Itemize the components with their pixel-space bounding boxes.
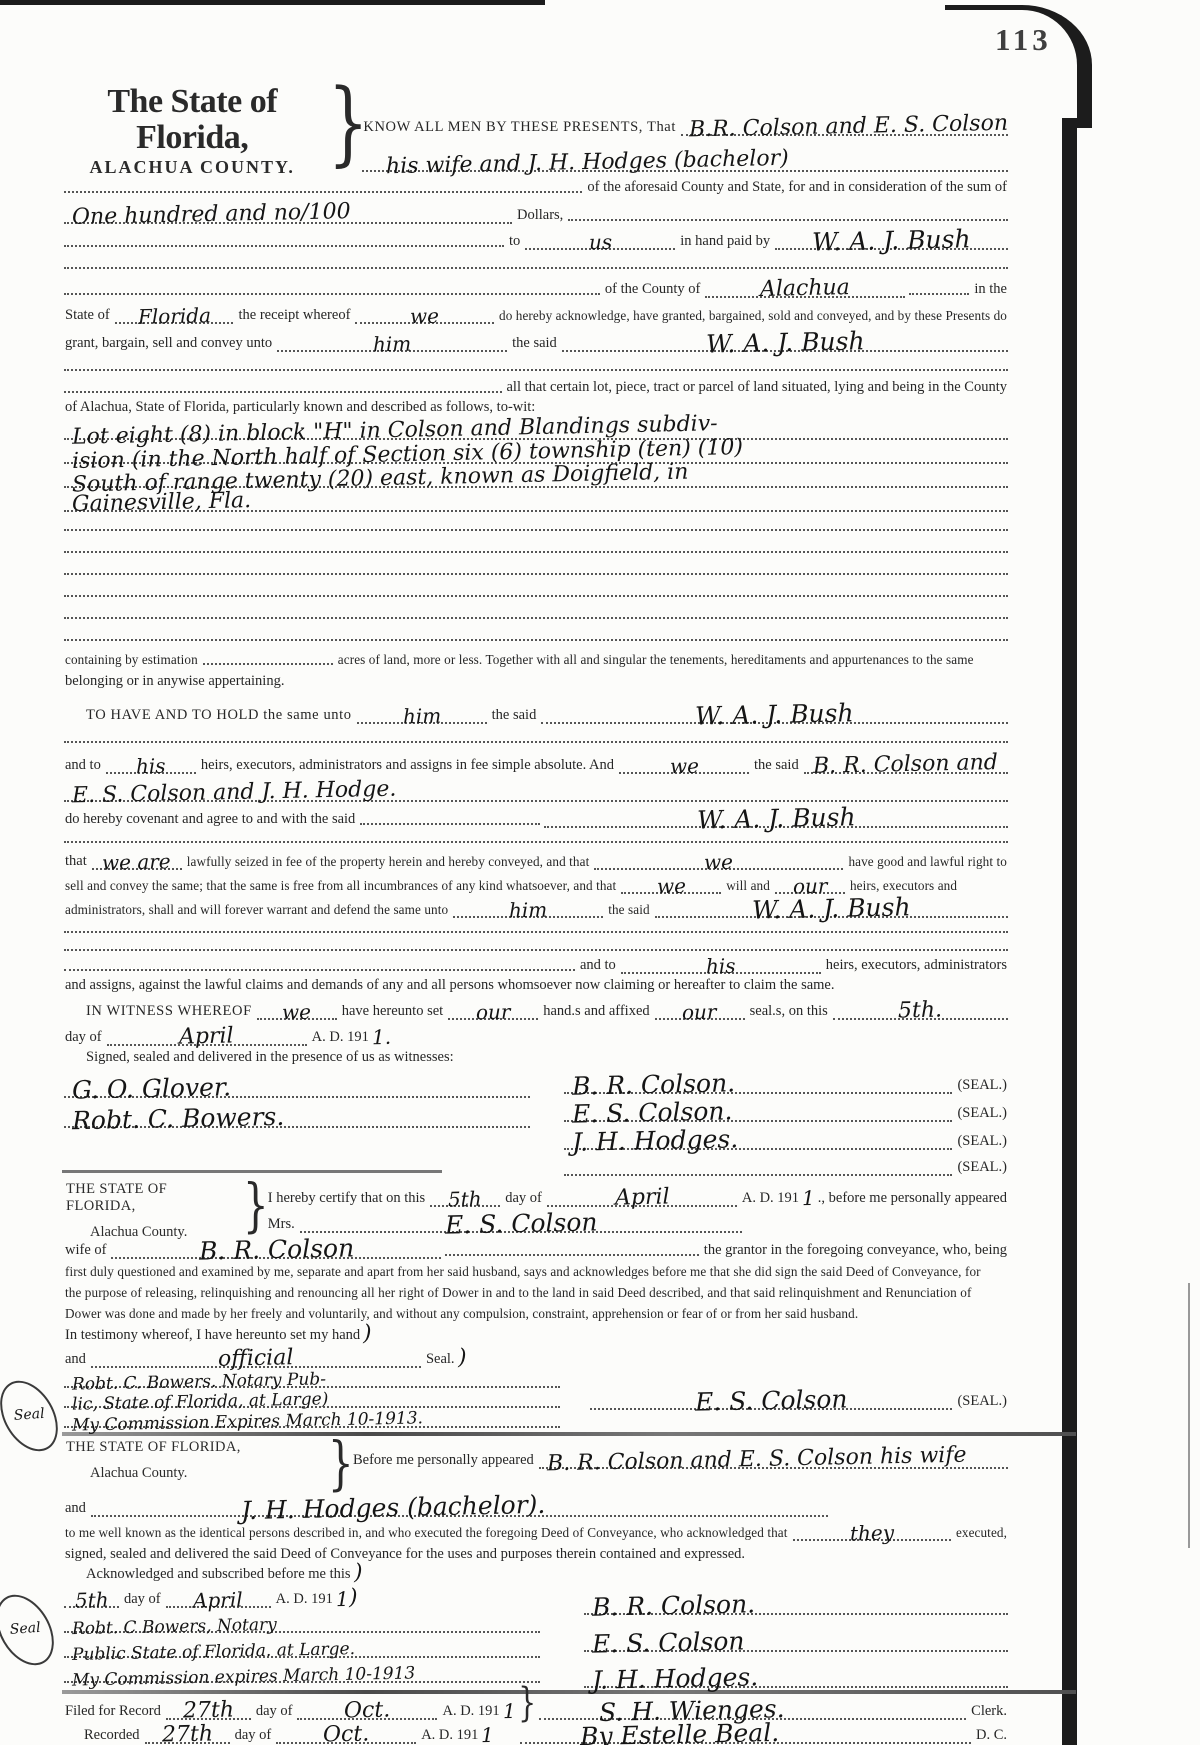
- signer-line-1: B. R. Colson.: [564, 1074, 952, 1094]
- habendum-grantee-blank: W. A. J. Bush: [541, 704, 1008, 724]
- that-label: that: [62, 854, 90, 870]
- ack1-and-label: and: [62, 1352, 89, 1368]
- receipt-handwriting: we: [410, 308, 439, 326]
- ack1-official-blank: official: [91, 1350, 421, 1368]
- signature-block: G. O. Glover. Robt. C. Bowers. B. R. Col…: [62, 1066, 1010, 1178]
- ack2-ad-label: A. D. 191: [273, 1592, 336, 1608]
- amount-blank: One hundred and no/100: [64, 206, 512, 224]
- signer-column: B. R. Colson. (SEAL.) E. S. Colson. (SEA…: [562, 1066, 1010, 1178]
- state-handwriting: Florida: [137, 307, 210, 326]
- signer-row: B. R. Colson. (SEAL.): [562, 1066, 1010, 1094]
- grant-row: grant, bargain, sell and convey unto him…: [62, 324, 1010, 352]
- day-of-label: day of: [62, 1030, 105, 1046]
- notary-seal-doodle-1: Seal: [0, 1371, 70, 1462]
- ack1-venue: THE STATE OF FLORIDA, Alachua County.: [62, 1181, 239, 1233]
- payer-blank: W. A. J. Bush: [775, 230, 1008, 250]
- ack1-mrs-row: Mrs. E. S. Colson: [265, 1207, 1010, 1233]
- we-handwriting: we: [669, 758, 698, 776]
- filed-row: Filed for Record 27th day of Oct. A. D. …: [62, 1696, 1010, 1720]
- ack2-they-handwriting: they: [850, 1525, 894, 1543]
- ack2-month-handwriting: April: [193, 1591, 243, 1609]
- ack1-notary-handwriting-3: My Commission Expires March 10-1913.: [72, 1411, 423, 1433]
- filed-day-handwriting: 27th: [183, 1702, 234, 1722]
- defend-text: administrators, shall and will forever w…: [62, 903, 451, 918]
- habendum-label: TO HAVE AND TO HOLD the same unto: [62, 708, 355, 724]
- his2-handwriting: his: [706, 958, 736, 976]
- dotted-leader: [64, 291, 600, 295]
- ack1-paren-stroke: ): [363, 1325, 372, 1344]
- to-blank: us: [525, 234, 675, 250]
- ack2-and-label: and: [62, 1501, 89, 1517]
- set-label: have hereunto set: [339, 1004, 446, 1020]
- state-of-row: State of Florida the receipt whereof we …: [62, 298, 1010, 324]
- county-handwriting: Alachua: [760, 279, 850, 300]
- dotted-leader: [64, 615, 1008, 619]
- ack2-signature-2: E. S. Colson: [592, 1630, 745, 1654]
- we3-handwriting: we: [657, 878, 686, 896]
- recorded-year-handwriting: 1: [481, 1727, 494, 1744]
- header-brace: }: [328, 84, 355, 162]
- dotted-leader: [64, 571, 1008, 575]
- ack1-notary-line-3: My Commission Expires March 10-1913.: [64, 1415, 560, 1428]
- ack1-ad-label: A. D. 191: [739, 1191, 802, 1207]
- state-blank: Florida: [115, 308, 234, 324]
- grantee-blank: W. A. J. Bush: [562, 332, 1008, 352]
- ack2-appeared-blank: B. R. Colson and E. S. Colson his wife: [539, 1451, 1008, 1469]
- belonging-row: belonging or in anywise appertaining.: [62, 668, 1010, 690]
- page-number: 113: [995, 22, 1052, 58]
- ack1-mrs-label: Mrs.: [265, 1217, 298, 1233]
- deed-book-page: 113 Seal Seal The State of Florida, ALAC…: [0, 0, 1200, 1745]
- will-and-label: will and: [723, 879, 773, 894]
- notary-seal-doodle-2: Seal: [0, 1585, 66, 1676]
- county-blank: Alachua: [705, 280, 905, 298]
- dotted-leader: [64, 549, 1008, 553]
- grant-handwriting: him: [373, 336, 412, 354]
- ack2-executed-label: executed,: [953, 1526, 1010, 1541]
- signer-line-3: J. H. Hodges.: [564, 1130, 952, 1150]
- ack1-signature-handwriting: E. S. Colson: [695, 1388, 848, 1412]
- ack1-month-blank: April: [547, 1189, 737, 1207]
- header-left: The State of Florida, ALACHUA COUNTY.: [62, 84, 322, 178]
- filed-day-blank: 27th: [166, 1702, 251, 1720]
- dotted-leader: [64, 839, 1008, 843]
- clerk-label: Clerk.: [968, 1704, 1010, 1720]
- empty-line: [62, 724, 1010, 746]
- day-blank: 5th.: [833, 1002, 1008, 1020]
- the-said-label-2: the said: [751, 758, 802, 774]
- ack1-paren-stroke-2: ): [457, 1349, 466, 1368]
- containing-label: containing by estimation: [62, 653, 201, 668]
- ack1-brace: }: [243, 1181, 261, 1233]
- ack1-notary-block: Robt. C. Bowers. Notary Pub- lic, State …: [62, 1368, 1010, 1430]
- filed-month-blank: Oct.: [297, 1702, 437, 1720]
- signer-signature-3: J. H. Hodges.: [572, 1128, 739, 1153]
- grantee-handwriting: W. A. J. Bush: [705, 330, 864, 355]
- our-handwriting: our: [793, 878, 828, 896]
- defend-grantee-handwriting: W. A. J. Bush: [752, 896, 911, 921]
- scan-streak-2: [62, 1690, 1076, 1694]
- dotted-leader: [568, 217, 1008, 221]
- ack2-header: THE STATE OF FLORIDA, Alachua County. } …: [62, 1439, 1010, 1489]
- filed-year-handwriting: 1: [503, 1703, 516, 1720]
- ack1-seal-word: Seal.: [423, 1352, 458, 1368]
- dotted-leader: [64, 739, 1008, 743]
- grantor-names-handwriting-1: B. R. Colson and: [813, 754, 998, 777]
- signer-signature-1: B. R. Colson.: [572, 1072, 736, 1097]
- description-handwriting-4: Gainesville, Fla.: [72, 492, 252, 514]
- ack2-known-row: to me well known as the identical person…: [62, 1517, 1010, 1541]
- ack1-notary-line-2: lic, State of Florida, at Large): [64, 1395, 560, 1408]
- grantor-names-handwriting-2: E. S. Colson and J. H. Hodge.: [72, 781, 397, 806]
- state-of-label: State of: [62, 308, 113, 324]
- receipt-blank: we: [355, 308, 494, 324]
- ack1-wife-handwriting: B. R. Colson: [199, 1237, 355, 1261]
- and-to-label: and to: [62, 758, 104, 774]
- defend-grantee-blank: W. A. J. Bush: [655, 898, 1008, 918]
- seal-label-3: (SEAL.): [954, 1134, 1010, 1150]
- signer-signature-2: E. S. Colson.: [572, 1100, 733, 1125]
- ack2-day-blank: 5th: [64, 1592, 119, 1608]
- deed-document: The State of Florida, ALACHUA COUNTY. } …: [62, 84, 1010, 1744]
- ack2-and-row: and J. H. Hodges (bachelor).: [62, 1489, 1010, 1517]
- grantors-blank-1: B.R. Colson and E. S. Colson: [681, 118, 1008, 136]
- ad-label: A. D. 191: [309, 1030, 372, 1046]
- ack1-grantor-text: the grantor in the foregoing conveyance,…: [701, 1243, 1010, 1259]
- ack1-appeared-label: ., before me personally appeared: [815, 1191, 1010, 1207]
- amount-handwriting: One hundred and no/100: [72, 203, 351, 228]
- dotted-leader: [64, 593, 1008, 597]
- the-said-label: the said: [509, 336, 560, 352]
- ack2-county-label: Alachua County.: [62, 1465, 324, 1482]
- ack2-they-blank: they: [793, 1525, 951, 1541]
- grantors-handwriting-1: B.R. Colson and E. S. Colson: [689, 115, 1008, 140]
- ack2-notary-line-1: Robt. C Bowers, Notary: [64, 1620, 540, 1633]
- filed-label: Filed for Record: [62, 1704, 164, 1720]
- dotted-leader: [64, 243, 504, 247]
- ack1-mrs-blank: E. S. Colson: [300, 1213, 743, 1233]
- habendum-said-label: the said: [489, 708, 540, 724]
- ack1-notary-row: Robt. C. Bowers. Notary Pub-: [62, 1368, 562, 1388]
- we4-handwriting: we: [282, 1004, 311, 1022]
- his2-blank: his: [621, 958, 821, 974]
- ack1-seal-label: (SEAL.): [954, 1394, 1010, 1410]
- ack2-right: Before me personally appeared B. R. Cols…: [350, 1439, 1010, 1489]
- ack2-signature-1: B. R. Colson.: [592, 1593, 756, 1618]
- seal-label-4: (SEAL.): [954, 1160, 1010, 1176]
- signer-line-2: E. S. Colson.: [564, 1102, 952, 1122]
- ack2-brace: }: [328, 1439, 346, 1489]
- ack1-testimony-row: In testimony whereof, I have hereunto se…: [62, 1322, 1010, 1344]
- dollars-label: Dollars,: [514, 208, 566, 224]
- ack2-and-blank: J. H. Hodges (bachelor).: [91, 1497, 828, 1517]
- signer-row: E. S. Colson. (SEAL.): [562, 1094, 1010, 1122]
- county-of-row: of the County of Alachua in the: [62, 272, 1010, 298]
- ack2-subscribed-row: Acknowledged and subscribed before me th…: [62, 1563, 1010, 1583]
- ack2-signature-row: B. R. Colson.: [582, 1583, 1010, 1615]
- ack1-day-handwriting: 5th: [448, 1191, 482, 1209]
- we2-blank: we: [594, 854, 843, 870]
- seal-doodle-text-1: Seal: [13, 1409, 44, 1423]
- filed-month-handwriting: Oct.: [344, 1702, 391, 1722]
- dotted-leader: [64, 265, 1008, 269]
- recorded-day-of-label: day of: [232, 1728, 275, 1744]
- ack2-year-handwriting: 1: [336, 1591, 349, 1608]
- ack2-notary-line-2: Public State of Florida. at Large.: [64, 1645, 540, 1658]
- recorded-month-blank: Oct.: [276, 1726, 416, 1744]
- ack1-month-handwriting: April: [614, 1189, 669, 1209]
- grantor-names-row-2: E. S. Colson and J. H. Hodge.: [62, 774, 1010, 802]
- description-line: Gainesville, Fla.: [62, 488, 1010, 512]
- ack1-signature-line: E. S. Colson: [590, 1390, 952, 1410]
- our2-handwriting: our: [476, 1004, 511, 1022]
- ack2-appeared-row: Before me personally appeared B. R. Cols…: [350, 1439, 1010, 1469]
- ack1-certify-label: I hereby certify that on this: [265, 1191, 428, 1207]
- empty-line: [62, 352, 1010, 374]
- recorded-day-handwriting: 27th: [161, 1726, 212, 1745]
- month-handwriting: April: [179, 1028, 234, 1048]
- ack2-notary-handwriting-3: My Commission expires March 10-1913: [72, 1666, 416, 1688]
- description-blank: Gainesville, Fla.: [64, 494, 1008, 512]
- grant-label: grant, bargain, sell and convey unto: [62, 336, 275, 352]
- recorded-ad-label: A. D. 191: [418, 1728, 481, 1744]
- month-blank: April: [107, 1028, 307, 1046]
- empty-line: [62, 534, 1010, 556]
- dotted-leader: [64, 527, 1008, 531]
- description-blank: South of range twenty (20) east, known a…: [64, 470, 1008, 488]
- him-blank: him: [453, 902, 603, 918]
- recorded-label: Recorded: [62, 1728, 143, 1744]
- ack2-month-blank: April: [166, 1592, 271, 1608]
- description-blank: ision (in the North half of Section six …: [64, 446, 1008, 464]
- habendum-handwriting: him: [402, 708, 441, 726]
- seal-label-1: (SEAL.): [954, 1078, 1010, 1094]
- in-witness-label: IN WITNESS WHEREOF: [62, 1004, 255, 1020]
- recorded-day-blank: 27th: [145, 1726, 230, 1744]
- seals-label: seal.s, on this: [747, 1004, 831, 1020]
- scan-edge-right: [1062, 118, 1077, 1745]
- witness-signature-2: Robt. C. Bowers.: [72, 1106, 285, 1132]
- dotted-leader: [64, 929, 1008, 933]
- our3-handwriting: our: [682, 1004, 717, 1022]
- ack1-para3: Dower was done and made by her freely an…: [62, 1307, 861, 1322]
- empty-line: [62, 936, 1010, 954]
- witness-line-1: G. O. Glover.: [64, 1078, 530, 1098]
- ack1-wife-blank: B. R. Colson: [111, 1239, 441, 1259]
- dotted-leader: [64, 389, 502, 393]
- empty-line: [62, 556, 1010, 578]
- covenant-row: do hereby covenant and agree to and with…: [62, 802, 1010, 828]
- state-title: The State of Florida,: [62, 84, 322, 155]
- heirs-simple-text: heirs, executors, administrators and ass…: [198, 758, 617, 774]
- belonging-text: belonging or in anywise appertaining.: [62, 674, 287, 690]
- dotted-leader: [64, 967, 575, 971]
- day-handwriting: 5th.: [898, 1002, 942, 1022]
- scanned-deed-page: { "page": { "number": "113" }, "labels":…: [0, 0, 1200, 1745]
- header-right: KNOW ALL MEN BY THESE PRESENTS, That B.R…: [360, 84, 1010, 172]
- ack2-signature-3: J. H. Hodges.: [592, 1666, 759, 1691]
- empty-line: [62, 828, 1010, 846]
- ack1-notary-handwriting-2: lic, State of Florida, at Large): [72, 1392, 329, 1412]
- ack2-state-label: THE STATE OF FLORIDA,: [62, 1439, 324, 1456]
- dotted-leader: [64, 637, 1008, 641]
- ack2-signature-line-2: E. S. Colson: [584, 1632, 1008, 1652]
- ack1-notary-handwriting-1: Robt. C. Bowers. Notary Pub-: [72, 1372, 326, 1392]
- aforesaid-text: of the aforesaid County and State, for a…: [584, 180, 1010, 196]
- hands-label: hand.s and affixed: [540, 1004, 652, 1020]
- ack2-notary-row: Robt. C Bowers, Notary: [62, 1608, 542, 1633]
- acres-blank: [203, 661, 333, 665]
- ack1-day-of-label: day of: [502, 1191, 545, 1207]
- ack2-notary-handwriting-2: Public State of Florida. at Large.: [72, 1642, 355, 1662]
- dc-label: D. C.: [973, 1728, 1010, 1744]
- habendum-blank: him: [357, 708, 487, 724]
- ack1-year-handwriting: 1: [802, 1190, 815, 1207]
- ack1-header: THE STATE OF FLORIDA, Alachua County. } …: [62, 1181, 1010, 1233]
- ack2-appeared-handwriting: B. R. Colson and E. S. Colson his wife: [547, 1447, 967, 1474]
- covenant-blank: W. A. J. Bush: [544, 808, 1008, 828]
- ack2-bottom-block: 5th day of April A. D. 191 1 ) Robt. C B…: [62, 1583, 1010, 1688]
- heirs2-text: heirs, executors, administrators: [823, 958, 1010, 974]
- ack1-para-row: the purpose of releasing, relinquishing …: [62, 1280, 1010, 1301]
- we-blank: we: [619, 758, 749, 774]
- dotted-leader: [909, 291, 969, 295]
- ack1-notary-column: Robt. C. Bowers. Notary Pub- lic, State …: [62, 1368, 562, 1430]
- we2-handwriting: we: [704, 854, 733, 872]
- footer-brace: }: [519, 1686, 534, 1720]
- description-line: Lot eight (8) in block "H" in Colson and…: [62, 416, 1010, 440]
- year-handwriting: 1.: [372, 1029, 391, 1046]
- his-blank: his: [106, 758, 196, 774]
- presents-row: KNOW ALL MEN BY THESE PRESENTS, That B.R…: [360, 102, 1010, 136]
- we3-blank: we: [621, 878, 721, 894]
- ack1-right: I hereby certify that on this 5th day of…: [265, 1181, 1010, 1233]
- ack2-and-handwriting: J. H. Hodges (bachelor).: [241, 1494, 546, 1522]
- grantors-row-2: his wife and J. H. Hodges (bachelor): [360, 136, 1010, 172]
- defend-row: administrators, shall and will forever w…: [62, 894, 1010, 918]
- described-row: of Alachua, State of Florida, particular…: [62, 396, 1010, 416]
- ack1-state-label: THE STATE OF FLORIDA,: [62, 1181, 239, 1215]
- our-blank: our: [775, 878, 845, 894]
- acres-text: acres of land, more or less. Together wi…: [335, 653, 977, 668]
- ack1-signature-row: E. S. Colson (SEAL.): [588, 1376, 1010, 1410]
- seal-doodle-text-2: Seal: [9, 1623, 40, 1637]
- payer-handwriting: W. A. J. Bush: [812, 228, 971, 253]
- ack1-official-row: and official Seal. ): [62, 1344, 1010, 1368]
- paid-by-label: in hand paid by: [677, 234, 773, 250]
- ack2-venue: THE STATE OF FLORIDA, Alachua County.: [62, 1439, 324, 1489]
- ack1-day-blank: 5th: [430, 1191, 500, 1207]
- grantors-blank-2: his wife and J. H. Hodges (bachelor): [362, 154, 1008, 172]
- lawful-right-text: have good and lawful right to: [845, 855, 1010, 870]
- ack2-paren-stroke: ): [353, 1564, 362, 1583]
- we4-blank: we: [257, 1004, 337, 1020]
- assigns-row: and assigns, against the lawful claims a…: [62, 974, 1010, 994]
- ack1-signature-column: E. S. Colson (SEAL.): [588, 1368, 1010, 1430]
- ack2-signature-line-1: B. R. Colson.: [584, 1595, 1008, 1615]
- to-label: to: [506, 234, 523, 250]
- ack2-paren-stroke-2: ): [348, 1589, 357, 1608]
- presents-label: KNOW ALL MEN BY THESE PRESENTS, That: [360, 120, 679, 136]
- dotted-leader: [445, 1252, 698, 1256]
- ack2-subscribed-text: Acknowledged and subscribed before me th…: [62, 1567, 354, 1583]
- grant-blank: him: [277, 336, 507, 352]
- ack2-notary-column: 5th day of April A. D. 191 1 ) Robt. C B…: [62, 1583, 542, 1688]
- ack1-para2: the purpose of releasing, relinquishing …: [62, 1286, 974, 1301]
- ack2-date-row: 5th day of April A. D. 191 1 ): [62, 1583, 542, 1608]
- county-of-label: of the County of: [602, 282, 703, 298]
- ack2-signature-column: B. R. Colson. E. S. Colson J. H. Hodges.: [582, 1583, 1010, 1688]
- empty-line: [62, 578, 1010, 600]
- we-are-blank: we are: [92, 854, 182, 870]
- seized-text: lawfully seized in fee of the property h…: [184, 855, 593, 870]
- we-are-handwriting: we are: [102, 853, 171, 871]
- deputy-signature: By Estelle Beal.: [580, 1722, 780, 1745]
- dotted-leader: [64, 367, 1008, 371]
- to-handwriting: us: [589, 234, 613, 251]
- ack2-appeared-label: Before me personally appeared: [350, 1453, 537, 1469]
- assigns-text: and assigns, against the lawful claims a…: [62, 978, 837, 994]
- filed-day-of-label: day of: [253, 1704, 296, 1720]
- witness-line-2: Robt. C. Bowers.: [64, 1108, 530, 1128]
- and-to-his-row: and to his heirs, executors, administrat…: [62, 954, 1010, 974]
- the-said-label-3: the said: [605, 903, 652, 918]
- ack2-day-handwriting: 5th: [74, 1592, 108, 1610]
- ack2-signature-line-3: J. H. Hodges.: [584, 1668, 1008, 1688]
- empty-line: [62, 512, 1010, 534]
- witness-signature-1: G. O. Glover.: [72, 1076, 231, 1101]
- receipt-label: the receipt whereof: [235, 308, 353, 324]
- in-witness-row: IN WITNESS WHEREOF we have hereunto set …: [62, 994, 1010, 1020]
- ack1-testimony-text: In testimony whereof, I have hereunto se…: [62, 1328, 363, 1344]
- county-title: ALACHUA COUNTY.: [62, 157, 322, 178]
- deed-header: The State of Florida, ALACHUA COUNTY. } …: [62, 84, 1010, 172]
- in-the-label: in the: [971, 282, 1010, 298]
- ack2-notary-handwriting-1: Robt. C Bowers, Notary: [72, 1617, 277, 1636]
- ack1-mrs-handwriting: E. S. Colson: [445, 1211, 598, 1235]
- certain-lot-row: all that certain lot, piece, tract or pa…: [62, 374, 1010, 396]
- sell-convey-text: sell and convey the same; that the same …: [62, 879, 619, 894]
- our3-blank: our: [655, 1004, 745, 1020]
- empty-line: [62, 622, 1010, 644]
- ack2-known-text: to me well known as the identical person…: [62, 1526, 791, 1541]
- ack1-notary-line-1: Robt. C. Bowers. Notary Pub-: [64, 1375, 560, 1388]
- our2-blank: our: [448, 1004, 538, 1020]
- seal-label-2: (SEAL.): [954, 1106, 1010, 1122]
- paid-by-row: to us in hand paid by W. A. J. Bush: [62, 224, 1010, 250]
- ack1-para-row: Dower was done and made by her freely an…: [62, 1301, 1010, 1322]
- covenant-label: do hereby covenant and agree to and with…: [62, 812, 358, 828]
- covenant-handwriting: W. A. J. Bush: [697, 806, 856, 831]
- ack2-day-of-label: day of: [121, 1592, 164, 1608]
- dotted-leader: [64, 947, 1008, 951]
- acknowledge-text: do hereby acknowledge, have granted, bar…: [496, 309, 1010, 324]
- ack1-certify-row: I hereby certify that on this 5th day of…: [265, 1181, 1010, 1207]
- habendum-grantee-handwriting: W. A. J. Bush: [695, 702, 854, 727]
- containing-row: containing by estimation acres of land, …: [62, 644, 1010, 668]
- presence-text: Signed, sealed and delivered in the pres…: [62, 1050, 457, 1066]
- and-to-label-2: and to: [577, 958, 619, 974]
- certain-lot-text: all that certain lot, piece, tract or pa…: [504, 380, 1011, 396]
- signer-row: J. H. Hodges. (SEAL.): [562, 1122, 1010, 1150]
- signer-line-4: [564, 1160, 952, 1176]
- ack1-para1: first duly questioned and examined by me…: [62, 1265, 984, 1280]
- ack2-signed-text: signed, sealed and delivered the said De…: [62, 1547, 748, 1563]
- dotted-leader: [360, 821, 540, 825]
- witness-row: G. O. Glover.: [62, 1066, 532, 1098]
- recorded-month-handwriting: Oct.: [323, 1726, 370, 1745]
- recorded-row: Recorded 27th day of Oct. A. D. 191 1 By…: [62, 1720, 1010, 1744]
